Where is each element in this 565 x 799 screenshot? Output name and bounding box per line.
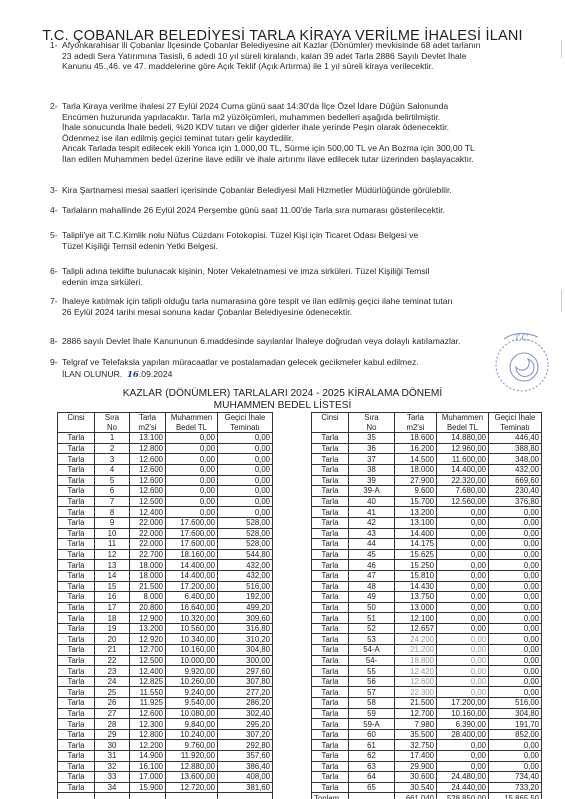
table-cell: 43: [349, 528, 395, 539]
table-cell: Tarla: [58, 443, 95, 454]
table-cell: 7.980: [395, 719, 437, 730]
table-cell: 10.260,00: [166, 676, 218, 687]
column-header: Bedel TL: [166, 423, 218, 433]
table-cell: Tarla: [312, 581, 349, 592]
table-row: Tarla212.8000,000,00: [58, 443, 273, 454]
table-row: Tarla412.6000,000,00: [58, 464, 273, 475]
table-cell: 0,00: [437, 517, 489, 528]
table-cell: 12.880,00: [166, 761, 218, 772]
table-cell: Tarla: [58, 634, 95, 645]
table-cell: 22.000: [130, 539, 166, 550]
table-row: Tarla3714.50011.600,00348,00: [312, 454, 542, 465]
table-cell: Tarla: [58, 698, 95, 709]
table-row: Tarla1318.00014.400,00432,00: [58, 560, 273, 571]
table-cell: 0,00: [437, 666, 489, 677]
table-cell: 40: [349, 496, 395, 507]
table-cell: 22: [95, 655, 130, 666]
table-cell: 14.400,00: [166, 570, 218, 581]
table-cell: 12.500: [130, 655, 166, 666]
table-row: Tarla2812.3009.840,00295,20: [58, 719, 273, 730]
table-cell: 0,00: [437, 655, 489, 666]
column-header: Teminatı: [489, 423, 542, 433]
table-cell: 24.440,00: [437, 782, 489, 793]
table-row: Tarla5821.50017.200,00516,00: [312, 698, 542, 709]
total-cell: 15.865,50: [489, 793, 542, 799]
table-cell: 36: [349, 443, 395, 454]
column-header: Tarla: [395, 413, 437, 423]
total-cell: [349, 793, 395, 799]
table-cell: 41: [349, 507, 395, 518]
table-cell: [218, 793, 273, 799]
table-cell: 17.200,00: [437, 698, 489, 709]
scan-edge-mark: [561, 40, 562, 58]
table-cell: 17.400: [395, 751, 437, 762]
table-cell: 28.400,00: [437, 729, 489, 740]
item-text-line: 23 adedi Sera Yatırımına Tasisli, 6 aded…: [62, 51, 480, 62]
announcement-item: 8-2886 sayılı Devlet İhale Kanununun 6.m…: [50, 336, 460, 347]
table-row: Tarla3216.10012.880,00386,40: [58, 761, 273, 772]
table-header-row: CinsiSıraTarlaMuhammenGeçici İhale: [312, 413, 542, 423]
table-cell: 10.160,00: [437, 708, 489, 719]
table-cell: 14: [95, 570, 130, 581]
table-cell: 734,40: [489, 772, 542, 783]
table-cell: 11.550: [130, 687, 166, 698]
table-cell: 38: [349, 464, 395, 475]
table-row: Tarla4213.1000,000,00: [312, 517, 542, 528]
table-row: Tarla3415.90012.720,00381,60: [58, 782, 273, 793]
total-cell: 661.040: [395, 793, 437, 799]
table-cell: 0,00: [437, 740, 489, 751]
item-text-line: 26 Eylül 2024 tarihi mesai sonuna kadar …: [62, 307, 453, 318]
table-cell: 0,00: [437, 623, 489, 634]
table-row: Tarla1812.90010.320,00309,60: [58, 613, 273, 624]
table-cell: 446,40: [489, 433, 542, 444]
table-cell: Tarla: [58, 539, 95, 550]
table-cell: 33: [95, 772, 130, 783]
table-cell: 47: [349, 570, 395, 581]
table-cell: Tarla: [312, 486, 349, 497]
table-cell: 17.000: [130, 772, 166, 783]
table-cell: 16.100: [130, 761, 166, 772]
table-cell: 0,00: [489, 751, 542, 762]
table-cell: 14.430: [395, 581, 437, 592]
table-cell: 48: [349, 581, 395, 592]
table-row: Tarla5512.4200,000,00: [312, 666, 542, 677]
table-cell: 54-A: [349, 645, 395, 656]
item-text-line: 2886 sayılı Devlet İhale Kanununun 6.mad…: [62, 336, 460, 347]
table-cell: 14.900: [130, 751, 166, 762]
table-row: Tarla3818.00014.400,00432,00: [312, 464, 542, 475]
table-row: Tarla1022.00017.600,00528,00: [58, 528, 273, 539]
item-text-line: Kanunu 45.,46. ve 47. maddelerine göre A…: [62, 61, 480, 72]
table-cell: Tarla: [58, 751, 95, 762]
table-cell: 0,00: [437, 634, 489, 645]
table-cell: 307,20: [218, 729, 273, 740]
table-row: Tarla39-A9.6007.680,00230,40: [312, 486, 542, 497]
table-row: Tarla3317.00013.600,00408,00: [58, 772, 273, 783]
table-cell: Tarla: [58, 454, 95, 465]
table-row: Tarla1913.20010.560,00316,80: [58, 623, 273, 634]
table-cell: 7: [95, 496, 130, 507]
table-cell: [130, 793, 166, 799]
item-text-line: Ancak Tarlada tespit edilecek ekili Yonc…: [62, 143, 475, 154]
table-cell: 0,00: [437, 602, 489, 613]
table-cell: 230,40: [489, 486, 542, 497]
table-cell: 10.160,00: [166, 645, 218, 656]
table-cell: 432,00: [218, 560, 273, 571]
table-cell: 22.300: [395, 687, 437, 698]
table-cell: Tarla: [312, 592, 349, 603]
table-cell: 14.400,00: [437, 464, 489, 475]
table-row: Tarla4113.2000,000,00: [312, 507, 542, 518]
table-cell: 22.000: [130, 517, 166, 528]
table-cell: Tarla: [312, 454, 349, 465]
table-cell: 12.800: [130, 443, 166, 454]
table-cell: 17.600,00: [166, 517, 218, 528]
table-cell: 11.600,00: [437, 454, 489, 465]
table-cell: 516,00: [218, 581, 273, 592]
table-cell: 0,00: [489, 581, 542, 592]
table-cell: Tarla: [58, 475, 95, 486]
table-cell: Tarla: [58, 645, 95, 656]
table-row: Tarla1720.80016.640,00499,20: [58, 602, 273, 613]
table-cell: 408,00: [218, 772, 273, 783]
table-cell: 24.480,00: [437, 772, 489, 783]
table-row: Tarla3616.20012.960,00388,80: [312, 443, 542, 454]
table-cell: Tarla: [312, 751, 349, 762]
table-cell: Tarla: [312, 645, 349, 656]
table-cell: 20: [95, 634, 130, 645]
table-cell: 12.600: [130, 464, 166, 475]
column-header: m2'si: [395, 423, 437, 433]
table-cell: 27: [95, 708, 130, 719]
table-cell: 35: [349, 433, 395, 444]
table-cell: 0,00: [489, 655, 542, 666]
table-cell: 18: [95, 613, 130, 624]
closing-date: .09.2024: [139, 369, 172, 379]
table-cell: 50: [349, 602, 395, 613]
table-row: Tarla2212.50010.000,00300,00: [58, 655, 273, 666]
item-text-line: Tüzel Kişiliği Temsil edenin Yetki Belge…: [62, 241, 418, 252]
table-cell: 12.600: [130, 486, 166, 497]
table-cell: 0,00: [218, 443, 273, 454]
table-cell: 0,00: [489, 645, 542, 656]
table-cell: 9.840,00: [166, 719, 218, 730]
table-cell: 24.200: [395, 634, 437, 645]
table-cell: 61: [349, 740, 395, 751]
closing-line: İLAN OLUNUR. 16.09.2024: [50, 369, 172, 381]
table-cell: 316,80: [218, 623, 273, 634]
table-cell: 6.390,00: [437, 719, 489, 730]
table-cell: 22.700: [130, 549, 166, 560]
table-cell: 17.600,00: [166, 539, 218, 550]
table-cell: 18.000: [130, 560, 166, 571]
total-row: Toplam661.040528.850,0015.865,50: [312, 793, 542, 799]
table-cell: 14.400: [395, 528, 437, 539]
table-cell: Tarla: [312, 623, 349, 634]
table-cell: 0,00: [489, 570, 542, 581]
table-cell: 0,00: [489, 740, 542, 751]
table-cell: 9.760,00: [166, 740, 218, 751]
table-cell: 13.100: [395, 517, 437, 528]
table-row: Tarla2712.60010.080,00302,40: [58, 708, 273, 719]
table-cell: 29.900: [395, 761, 437, 772]
table-cell: 28: [95, 719, 130, 730]
item-text-line: Talipli adına teklifte bulunacak kişinin…: [62, 266, 429, 277]
table-cell: 0,00: [437, 581, 489, 592]
table-cell: 432,00: [489, 464, 542, 475]
table-row: Tarla59-A7.9806.390,00191,70: [312, 719, 542, 730]
table-cell: 10.320,00: [166, 613, 218, 624]
table-cell: 386,40: [218, 761, 273, 772]
table-cell: Tarla: [58, 613, 95, 624]
table-cell: 7.680,00: [437, 486, 489, 497]
table-cell: 45: [349, 549, 395, 560]
table-cell: 12.700: [395, 708, 437, 719]
column-header: Cinsi: [58, 413, 95, 423]
table-cell: 12.960,00: [437, 443, 489, 454]
table-cell: Tarla: [312, 666, 349, 677]
table-cell: 10.340,00: [166, 634, 218, 645]
table-cell: 25: [95, 687, 130, 698]
table-cell: Tarla: [58, 433, 95, 444]
table-cell: 32: [95, 761, 130, 772]
table-cell: Tarla: [312, 634, 349, 645]
table-cell: 10.080,00: [166, 708, 218, 719]
table-row: Tarla612.6000,000,00: [58, 486, 273, 497]
table-cell: Tarla: [58, 507, 95, 518]
table-cell: 0,00: [489, 613, 542, 624]
table-cell: 12.100: [395, 613, 437, 624]
table-cell: 11.920,00: [166, 751, 218, 762]
table-cell: 14.400,00: [166, 560, 218, 571]
table-cell: 31: [95, 751, 130, 762]
table-cell: Tarla: [312, 772, 349, 783]
table-row: Tarla3114.90011.920,00357,60: [58, 751, 273, 762]
table-cell: Tarla: [58, 655, 95, 666]
table-cell: 0,00: [437, 761, 489, 772]
table-cell: 300,00: [218, 655, 273, 666]
table-cell: 18.800: [395, 655, 437, 666]
table-cell: 35.500: [395, 729, 437, 740]
table-cell: 277,20: [218, 687, 273, 698]
table-cell: 56: [349, 676, 395, 687]
table-cell: 18.000: [130, 570, 166, 581]
column-header: Muhammen: [166, 413, 218, 423]
table-row: Tarla54-18.8000,000,00: [312, 655, 542, 666]
table-cell: 30.540: [395, 782, 437, 793]
column-header: Tarla: [130, 413, 166, 423]
table-cell: Tarla: [312, 433, 349, 444]
announcement-item: 7-İhaleye katılmak için talipli olduğu t…: [50, 296, 453, 317]
table-cell: 292,80: [218, 740, 273, 751]
table-cell: 0,00: [437, 560, 489, 571]
table-cell: 10.560,00: [166, 623, 218, 634]
announcement-item: 3-Kira Şartnamesi mesai saatleri içerisi…: [50, 185, 452, 196]
table-cell: 0,00: [489, 539, 542, 550]
table-cell: 13.200: [395, 507, 437, 518]
table-cell: 6.400,00: [166, 592, 218, 603]
table-cell: 0,00: [437, 687, 489, 698]
table-cell: 37: [349, 454, 395, 465]
table-cell: 9.920,00: [166, 666, 218, 677]
table-cell: 499,20: [218, 602, 273, 613]
table-cell: 0,00: [489, 676, 542, 687]
item-text-line: Talipli'ye ait T.C.Kimlik nolu Nüfus Cüz…: [62, 230, 418, 241]
table-cell: 0,00: [489, 602, 542, 613]
item-text-line: edenin imza sirküleri.: [62, 277, 429, 288]
table-cell: 6: [95, 486, 130, 497]
item-text-line: Kira Şartnamesi mesai saatleri içerisind…: [62, 185, 452, 196]
item-number: 5-: [50, 230, 58, 241]
table-cell: 13: [95, 560, 130, 571]
table-cell: 52: [349, 623, 395, 634]
table-cell: Tarla: [312, 782, 349, 793]
table-cell: 13.750: [395, 592, 437, 603]
table-cell: 16: [95, 592, 130, 603]
table-cell: 544,80: [218, 549, 273, 560]
table-cell: 0,00: [166, 475, 218, 486]
table-cell: 51: [349, 613, 395, 624]
item-number: 7-: [50, 296, 58, 307]
table-row: Tarla54-A21.2000,000,00: [312, 645, 542, 656]
item-text-line: Afyonkarahisar ili Çobanlar İlçesinde Ço…: [62, 40, 480, 51]
table-cell: 0,00: [166, 464, 218, 475]
table-cell: 21.200: [395, 645, 437, 656]
table-cell: 0,00: [437, 539, 489, 550]
table-cell: Tarla: [58, 666, 95, 677]
item-text-line: Tarla Kiraya verilme ihalesi 27 Eylül 20…: [62, 101, 475, 112]
table-cell: Tarla: [58, 528, 95, 539]
table-cell: 9.600: [395, 486, 437, 497]
table-cell: Tarla: [58, 729, 95, 740]
table-header-row: CinsiSıraTarlaMuhammenGeçici İhale: [58, 413, 273, 423]
announcement-item: 1-Afyonkarahisar ili Çobanlar İlçesinde …: [50, 40, 480, 72]
table-cell: 15.700: [395, 496, 437, 507]
table-cell: 0,00: [489, 517, 542, 528]
table-cell: 10.240,00: [166, 729, 218, 740]
table-cell: 1: [95, 433, 130, 444]
table-cell: 9: [95, 517, 130, 528]
table-cell: Tarla: [58, 570, 95, 581]
table-row: Tarla812.4000,000,00: [58, 507, 273, 518]
item-text-line: İhaleye katılmak için talipli olduğu tar…: [62, 296, 453, 307]
table-row: Tarla512.6000,000,00: [58, 475, 273, 486]
table-cell: 30: [95, 740, 130, 751]
lease-table-right: CinsiSıraTarlaMuhammenGeçici İhaleNom2's…: [311, 412, 542, 799]
table-cell: 357,60: [218, 751, 273, 762]
table-cell: 63: [349, 761, 395, 772]
table-cell: Tarla: [58, 772, 95, 783]
item-number: 6-: [50, 266, 58, 277]
table-cell: 0,00: [437, 528, 489, 539]
table-row: Tarla4515.6250,000,00: [312, 549, 542, 560]
table-cell: 0,00: [489, 623, 542, 634]
column-header: No: [349, 423, 395, 433]
table-cell: 18.000: [395, 464, 437, 475]
table-row: Tarla6217.4000,000,00: [312, 751, 542, 762]
table-cell: 59-A: [349, 719, 395, 730]
table-cell: Tarla: [312, 602, 349, 613]
table-row: Tarla4414.1750,000,00: [312, 539, 542, 550]
table-row: Tarla1122.00017.600,00528,00: [58, 539, 273, 550]
table-cell: 309,60: [218, 613, 273, 624]
table-cell: 19: [95, 623, 130, 634]
table-cell: 9.240,00: [166, 687, 218, 698]
table-cell: 20.800: [130, 602, 166, 613]
table-cell: 14.500: [395, 454, 437, 465]
item-text-line: Encümen huzurunda yapılacaktır. Tarla m2…: [62, 112, 475, 123]
table-header-row: Nom2'siBedel TLTeminatı: [58, 423, 273, 433]
table-cell: 0,00: [218, 507, 273, 518]
table-row: Tarla1521.50017.200,00516,00: [58, 581, 273, 592]
table-cell: 12.920: [130, 634, 166, 645]
table-cell: 12.560,00: [437, 496, 489, 507]
column-header: Sıra: [349, 413, 395, 423]
table-cell: 0,00: [437, 549, 489, 560]
table-cell: 295,20: [218, 719, 273, 730]
table-cell: 15.625: [395, 549, 437, 560]
table-cell: 15.900: [130, 782, 166, 793]
table-cell: 15.250: [395, 560, 437, 571]
table-cell: 528,00: [218, 539, 273, 550]
table-cell: 528,00: [218, 528, 273, 539]
item-number: 2-: [50, 101, 58, 112]
table-cell: Tarla: [312, 539, 349, 550]
table-cell: 0,00: [437, 645, 489, 656]
column-header: No: [95, 423, 130, 433]
table-cell: [58, 793, 95, 799]
table-cell: 16.200: [395, 443, 437, 454]
table-row: Tarla4015.70012.560,00376,80: [312, 496, 542, 507]
table-cell: 16.640,00: [166, 602, 218, 613]
item-text-line: İhale sonucunda İhale bedeli, %20 KDV tu…: [62, 122, 475, 133]
table-cell: 304,80: [489, 708, 542, 719]
table-cell: Tarla: [58, 560, 95, 571]
table-cell: 0,00: [166, 507, 218, 518]
table-cell: Tarla: [312, 475, 349, 486]
table-cell: 0,00: [166, 454, 218, 465]
table-row: Tarla3927.90022.320,00669,60: [312, 475, 542, 486]
table-row: Tarla6530.54024.440,00733,20: [312, 782, 542, 793]
item-number: 4-: [50, 205, 58, 216]
table-cell: 0,00: [437, 592, 489, 603]
announcement-item: 9-Telgraf ve Telefaksla yapılan müracaat…: [50, 357, 419, 368]
table-cell: 53: [349, 634, 395, 645]
table-cell: 23: [95, 666, 130, 677]
table-cell: 0,00: [166, 443, 218, 454]
table-cell: 2: [95, 443, 130, 454]
table-row: Tarla4314.4000,000,00: [312, 528, 542, 539]
table-row: Tarla4715.8100,000,00: [312, 570, 542, 581]
table-header-row: Nom2'siBedel TLTeminatı: [312, 423, 542, 433]
table-cell: Tarla: [58, 708, 95, 719]
item-number: 1-: [50, 40, 58, 51]
column-header: m2'si: [130, 423, 166, 433]
table-cell: 0,00: [489, 761, 542, 772]
table-cell: 21.500: [395, 698, 437, 709]
table-cell: 297,60: [218, 666, 273, 677]
table-cell: 32.750: [395, 740, 437, 751]
table-cell: 18.600: [395, 433, 437, 444]
table-row: Tarla4814.4300,000,00: [312, 581, 542, 592]
table-cell: 12.300: [130, 719, 166, 730]
announcement-item: 5-Talipli'ye ait T.C.Kimlik nolu Nüfus C…: [50, 230, 418, 251]
table-row: Tarla6430.60024.480,00734,40: [312, 772, 542, 783]
table-cell: 10: [95, 528, 130, 539]
table-cell: 8: [95, 507, 130, 518]
table-cell: 12.420: [395, 666, 437, 677]
